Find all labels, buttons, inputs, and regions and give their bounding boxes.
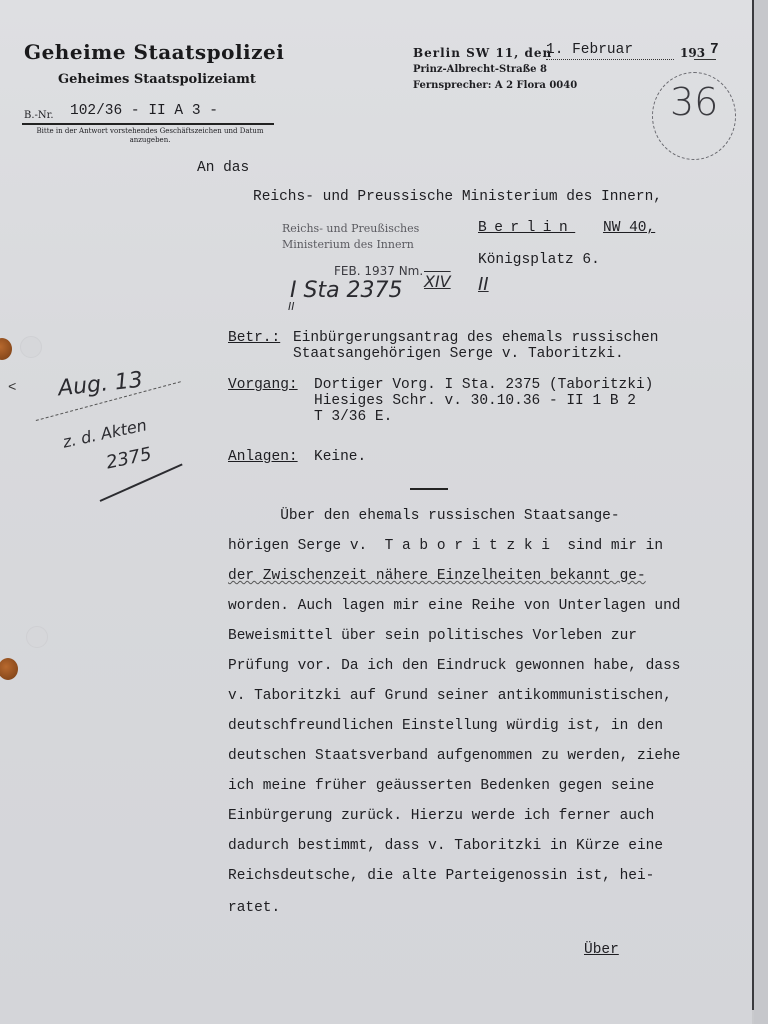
betr-label: Betr.:: [228, 330, 280, 346]
body-line-11: Einbürgerung zurück. Hierzu werde ich fe…: [228, 808, 654, 824]
body-line-4: worden. Auch lagen mir eine Reihe von Un…: [228, 598, 680, 614]
binder-hole-top: [0, 338, 12, 360]
body-line-3: der Zwischenzeit nähere Einzelheiten bek…: [228, 568, 646, 584]
body-line-12: dadurch bestimmt, dass v. Taboritzki in …: [228, 838, 663, 854]
body-line-1: Über den ehemals russischen Staatsange-: [228, 508, 620, 524]
recipient-street: Königsplatz 6.: [478, 252, 600, 268]
hole-shadow-bottom: [26, 626, 48, 648]
header-phone: Fernsprecher: A 2 Flora 0040: [413, 80, 577, 91]
reference-rule: [22, 123, 274, 125]
reference-number: 102/36 - II A 3 -: [70, 103, 218, 119]
handwritten-roman-ii-small: II: [288, 300, 295, 313]
vorgang-line-2: Hiesiges Schr. v. 30.10.36 - II 1 B 2: [314, 393, 636, 409]
body-line-6: Prüfung vor. Da ich den Eindruck gewonne…: [228, 658, 680, 674]
header-street: Prinz-Albrecht-Straße 8: [413, 64, 547, 75]
salutation: An das: [197, 160, 249, 176]
vorgang-line-1: Dortiger Vorg. I Sta. 2375 (Taboritzki): [314, 377, 653, 393]
body-line-10: ich meine früher geäusserten Bedenken ge…: [228, 778, 654, 794]
hole-shadow-top: [20, 336, 42, 358]
continuation-catchword: Über: [584, 942, 619, 958]
header-year-suffix: 7: [710, 42, 719, 58]
betr-line-2: Staatsangehörigen Serge v. Taboritzki.: [293, 346, 624, 362]
stamp-line-1: Reichs- und Preußisches: [282, 222, 419, 235]
year-line: [694, 59, 716, 60]
vorgang-line-3: T 3/36 E.: [314, 409, 392, 425]
vorgang-label: Vorgang:: [228, 377, 298, 393]
handwritten-file-reference: I Sta 2375: [290, 278, 403, 303]
recipient-city: Berlin: [478, 220, 575, 236]
stamp-date: FEB. 1937 Nm.: [334, 264, 423, 278]
betr-line-1: Einbürgerungsantrag des ehemals russisch…: [293, 330, 658, 346]
date-dotted-line: [546, 59, 674, 60]
circled-page-number: 36: [670, 80, 718, 124]
document-page: Geheime Staatspolizei Geheimes Staatspol…: [0, 0, 752, 1024]
body-line-5: Beweismittel über sein politisches Vorle…: [228, 628, 637, 644]
recipient-district: NW 40,: [603, 220, 655, 236]
margin-tick-mark: <: [8, 380, 16, 396]
organization-title: Geheime Staatspolizei: [24, 40, 284, 64]
background-strip: [754, 0, 768, 1024]
header-year-prefix: 193: [680, 46, 705, 60]
body-line-8: deutschfreundlichen Einstellung würdig i…: [228, 718, 663, 734]
header-date: 1. Februar: [546, 42, 633, 58]
body-line-13: Reichsdeutsche, die alte Parteigenossin …: [228, 868, 654, 884]
anlagen-value: Keine.: [314, 449, 366, 465]
margin-note-number: 2375: [104, 443, 153, 473]
anlagen-label: Anlagen:: [228, 449, 298, 465]
body-line-9: deutschen Staatsverband aufgenommen zu w…: [228, 748, 680, 764]
header-city: Berlin SW 11, den: [413, 46, 552, 60]
office-subtitle: Geheimes Staatspolizeiamt: [58, 72, 256, 87]
body-line-2: hörigen Serge v. T a b o r i t z k i sin…: [228, 538, 663, 554]
handwritten-roman-ii: II: [478, 274, 489, 295]
binder-hole-bottom: [0, 658, 18, 680]
body-line-14: ratet.: [228, 900, 280, 916]
reference-note: Bitte in der Antwort vorstehendes Geschä…: [24, 127, 276, 145]
handwritten-roman-xiv: XIV: [424, 272, 451, 291]
body-line-7: v. Taboritzki auf Grund seiner antikommu…: [228, 688, 672, 704]
recipient-ministry: Reichs- und Preussische Ministerium des …: [253, 189, 662, 205]
stamp-line-2: Ministerium des Innern: [282, 238, 414, 251]
section-separator: [410, 488, 448, 490]
reference-label: B.-Nr.: [24, 110, 54, 121]
